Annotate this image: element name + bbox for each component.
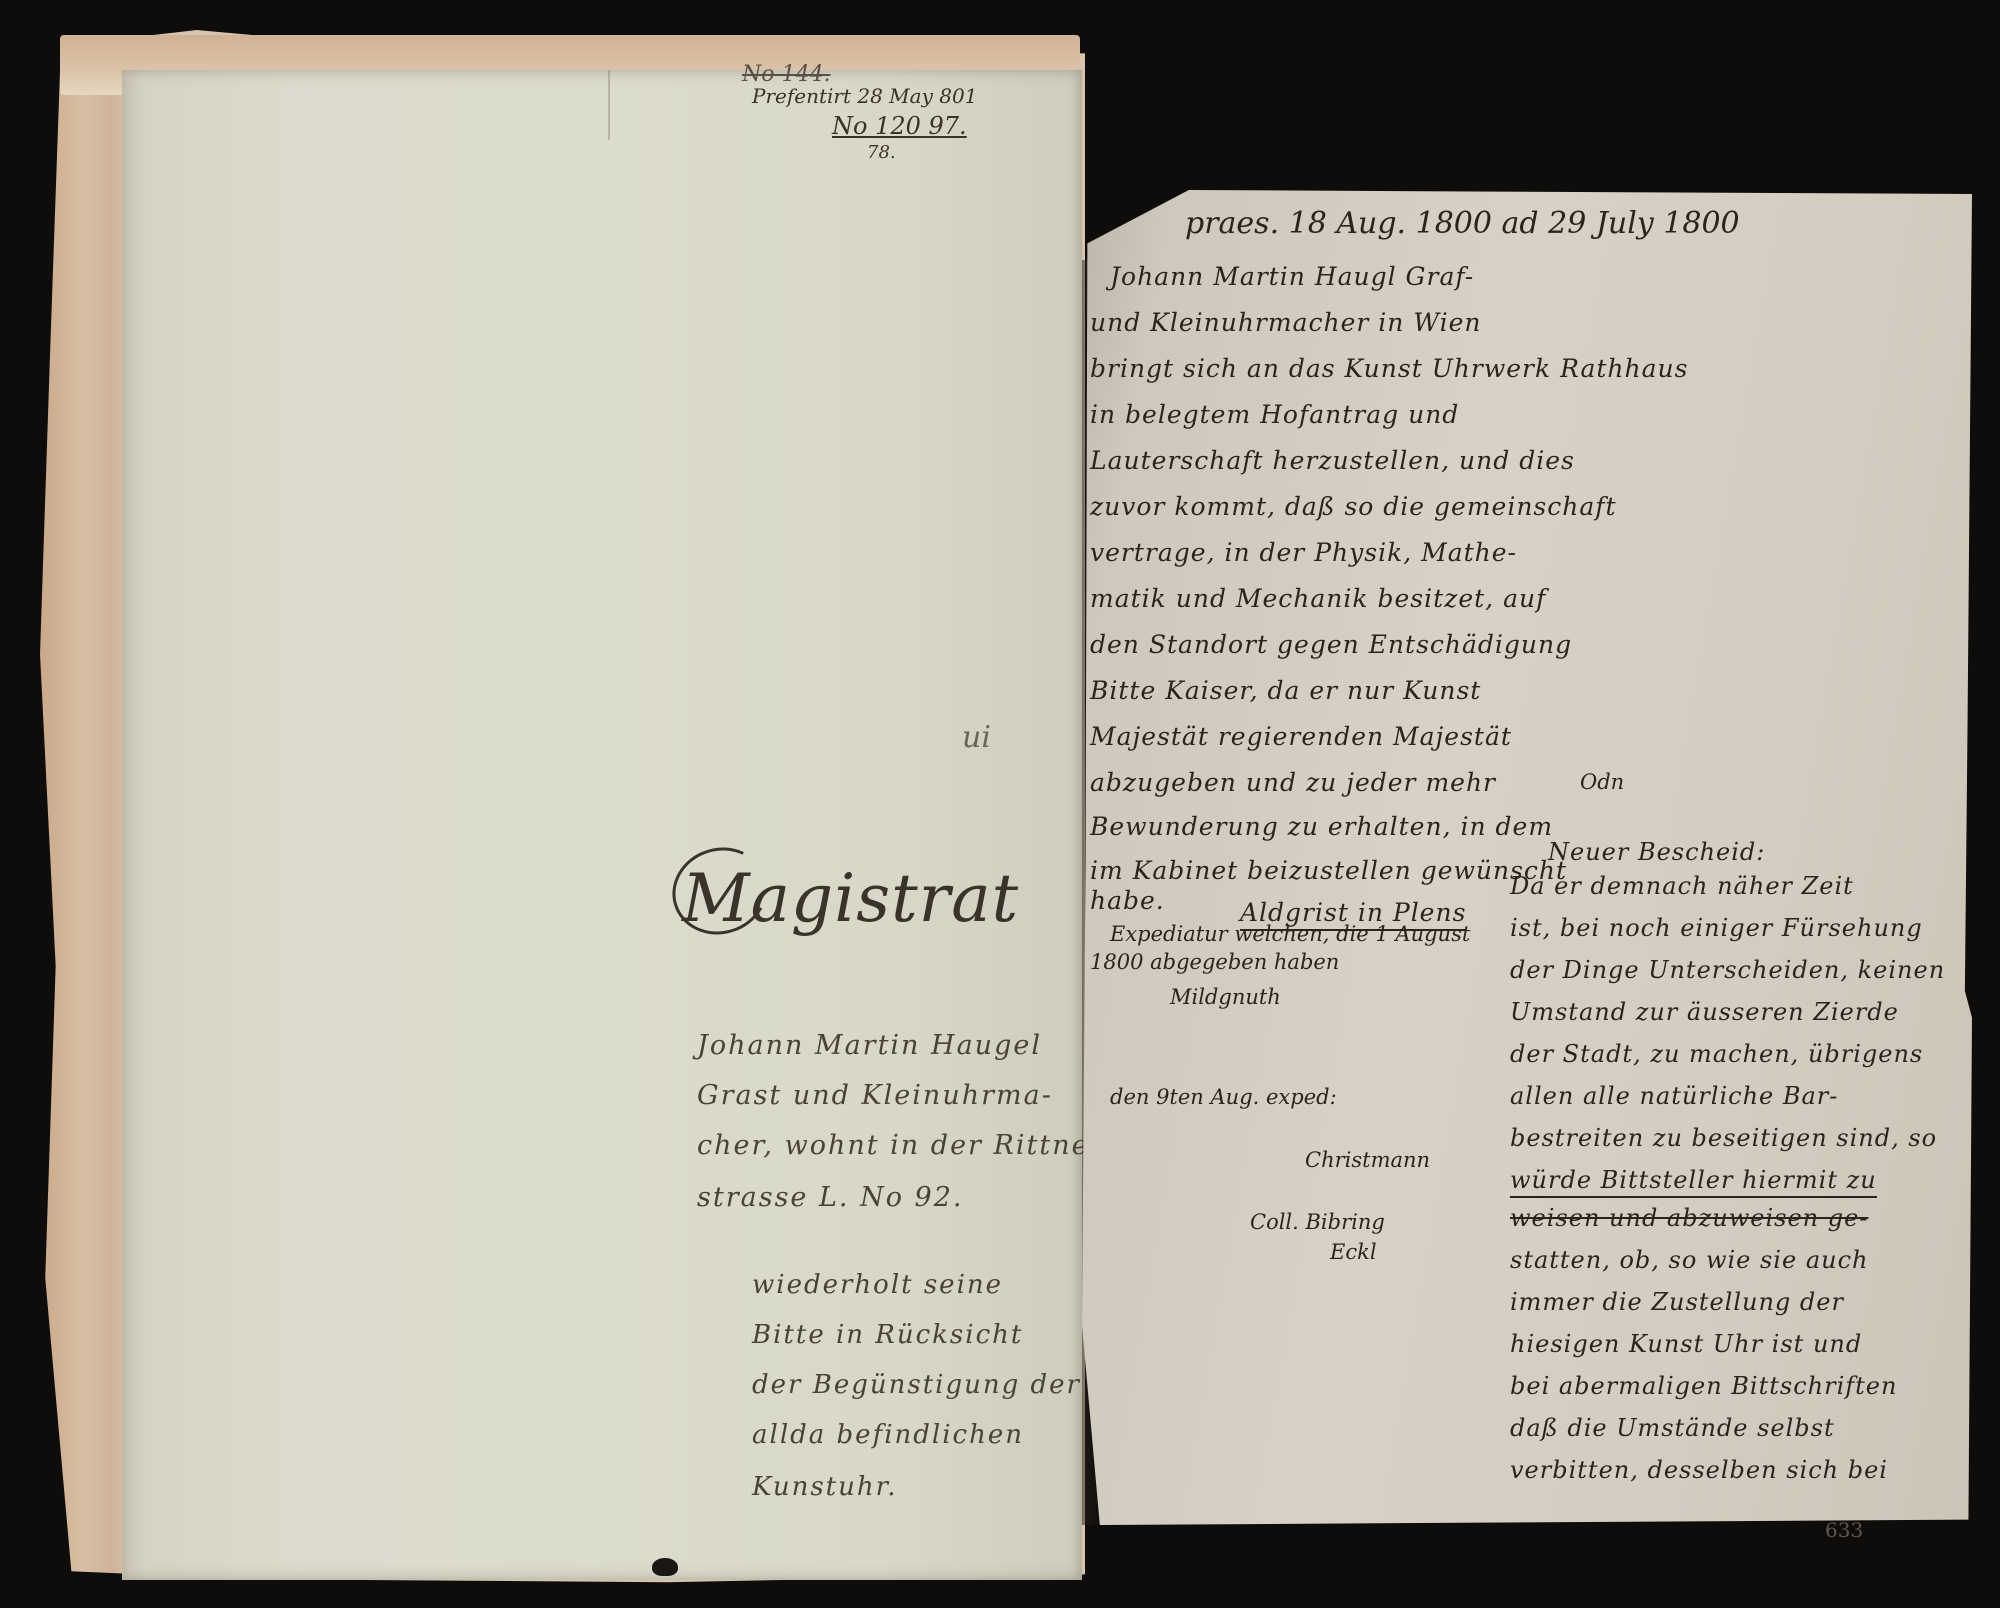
body-line: der Begünstigung der [752,1370,1081,1400]
page-fold-mark [608,70,610,140]
decision-line: der Dinge Unterscheiden, keinen [1510,956,1945,984]
sheet-line: zuvor kommt, daß so die gemeinschaft [1090,492,1617,521]
expedition-line: den 9ten Aug. exped: [1110,1085,1337,1109]
pencil-mark: ui [962,720,991,755]
header-file-number: No 120 97. [832,112,967,140]
ink-blot [652,1558,678,1576]
sheet-line: vertrage, in der Physik, Mathe- [1090,538,1517,567]
page-title: Magistrat [682,860,1019,937]
clerk-signature: Christmann [1305,1148,1430,1172]
sheet-line: den Standort gegen Entschädigung [1090,630,1572,659]
scanned-document-scene: No 144. Prefentirt 28 May 801 No 120 97.… [0,0,2000,1608]
sheet-line: im Kabinet beizustellen gewünscht [1090,856,1567,885]
body-line: allda befindlichen [752,1420,1024,1450]
sheet-line: in belegtem Hofantrag und [1090,400,1459,429]
sheet-line: abzugeben und zu jeder mehr [1090,768,1496,797]
sheet-line: habe. [1090,886,1165,915]
decision-heading: Neuer Bescheid: [1548,838,1765,866]
expediatur-note: Expediatur welchen, die 1 August [1110,922,1470,946]
sheet-line: Majestät regierenden Majestät [1090,722,1512,751]
side-note: Odn [1580,770,1624,794]
sheet-line: Bewunderung zu erhalten, in dem [1090,812,1553,841]
sheet-line: Johann Martin Haugl Graf- [1110,262,1474,291]
decision-line: würde Bittsteller hiermit zu [1510,1166,1877,1198]
left-page: No 144. Prefentirt 28 May 801 No 120 97.… [122,70,1082,1580]
decision-line: verbitten, desselben sich bei [1510,1456,1888,1484]
note-signature: Mildgnuth [1170,985,1281,1009]
expediatur-note: 1800 abgegeben haben [1090,950,1339,974]
sheet-line: und Kleinuhrmacher in Wien [1090,308,1481,337]
body-line: wiederholt seine [752,1270,1003,1300]
decision-line: allen alle natürliche Bar- [1510,1082,1838,1110]
sheet-line: bringt sich an das Kunst Uhrwerk Rathhau… [1090,354,1688,383]
decision-line: Umstand zur äusseren Zierde [1510,998,1899,1026]
body-line: Kunstuhr. [752,1472,897,1502]
decision-line-struck: weisen und abzuweisen ge- [1510,1204,1868,1232]
decision-line: ist, bei noch einiger Fürsehung [1510,914,1923,942]
header-sub-number: 78. [867,142,896,163]
clerk-signature: Eckl [1330,1240,1377,1264]
decision-line: hiesigen Kunst Uhr ist und [1510,1330,1862,1358]
sheet-heading: praes. 18 Aug. 1800 ad 29 July 1800 [1185,206,1740,241]
decision-line: immer die Zustellung der [1510,1288,1844,1316]
address-line: strasse L. No 92. [697,1182,963,1213]
address-line: cher, wohnt in der Rittner- [697,1130,1116,1161]
clerk-signature: Coll. Bibring [1250,1210,1385,1234]
header-presented-date: Prefentirt 28 May 801 [752,84,977,108]
bound-file: No 144. Prefentirt 28 May 801 No 120 97.… [40,30,1085,1590]
decision-line: bestreiten zu beseitigen sind, so [1510,1124,1937,1152]
sheet-line: Lauterschaft herzustellen, und dies [1090,446,1575,475]
decision-line: daß die Umstände selbst [1510,1414,1835,1442]
address-line: Grast und Kleinuhrma- [697,1080,1053,1111]
decision-line: bei abermaligen Bittschriften [1510,1372,1897,1400]
decision-line: statten, ob, so wie sie auch [1510,1246,1868,1274]
address-line: Johann Martin Haugel [697,1030,1042,1061]
decision-line: der Stadt, zu machen, übrigens [1510,1040,1923,1068]
decision-line: Da er demnach näher Zeit [1510,872,1854,900]
body-line: Bitte in Rücksicht [752,1320,1023,1350]
folio-number: 633 [1825,1518,1863,1542]
sheet-line: matik und Mechanik besitzet, auf [1090,584,1546,613]
